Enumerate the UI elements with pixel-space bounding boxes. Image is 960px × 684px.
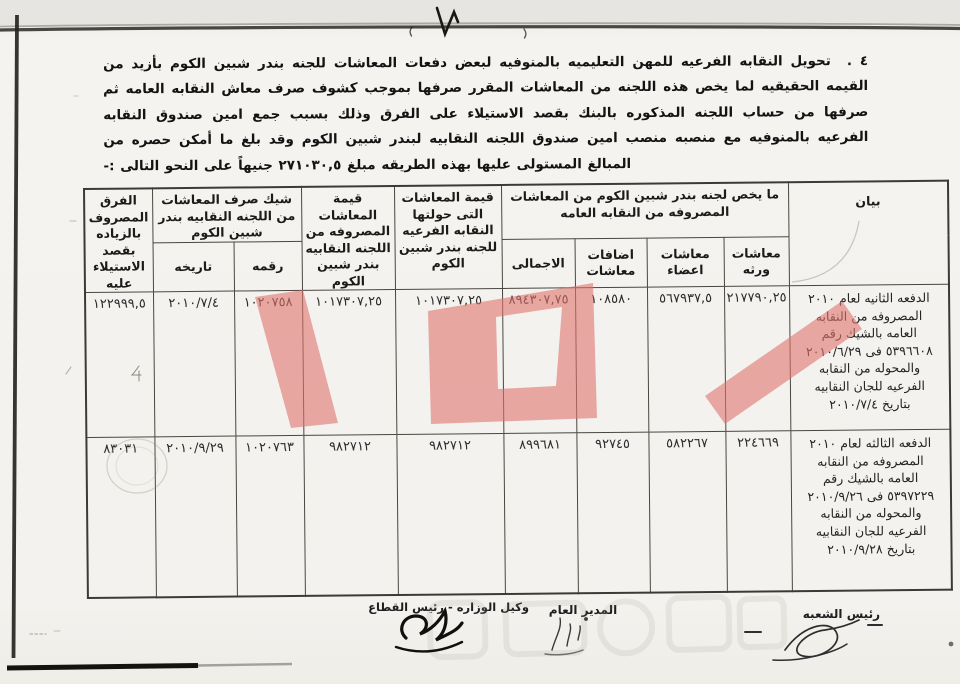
scan-line-bottom [7,664,292,668]
scan-top-margin [0,0,960,25]
header-total: الاجمالى [502,239,576,288]
item-number: ٤ . [831,53,868,69]
header-bayan: بيان [788,181,949,286]
signature-scribble-general-manager [545,618,587,655]
header-cheque-group: شيك صرف المعاشات من اللجنه النقابيه بندر… [152,187,302,243]
intro-line-3: صرفها من حساب اللجنه المذكوره بالبنك بقص… [103,100,868,129]
row1-heirs: ٢١٧٧٩٠,٢٥ [724,286,790,432]
header-heirs-pensions: معاشات ورثه [724,237,789,286]
header-transferred-value: قيمة المعاشات التى حولتها النقابه الفرعي… [394,185,502,290]
signature-scribble-division-head [745,620,882,660]
header-cheque-date: تاريخه [153,242,234,291]
intro-paragraph: ٤ .تحويل النقابه الفرعيه للمهن التعليميه… [103,49,869,179]
pensions-table: بيان ما يخص لجنه بندر شبين الكوم من المع… [83,180,953,599]
signature-title-deputy-minister: وكيل الوزاره - رئيس القطاع [391,600,529,614]
signature-title-division-head: رئيس الشعبه [806,607,880,621]
row2-paid: ٩٨٢٧١٢ [303,435,398,596]
row2-transferred: ٩٨٢٧١٢ [396,433,505,594]
row2-cheque-date: ٢٠١٠/٩/٢٩ [154,436,237,597]
header-group-general-syndicate: ما يخص لجنه بندر شبين الكوم من المعاشات … [501,182,789,240]
header-members-pensions: معاشات اعضاء [647,238,724,287]
row2-bayan: الدفعه الثالثه لعام ٢٠١٠ المصروفه من الن… [790,429,952,591]
row1-paid: ١٠١٧٣٠٧,٢٥ [302,290,396,436]
header-cheque-number: رقمه [234,242,302,291]
row2-total: ٨٩٩٦٨١ [503,433,578,594]
signature-scribble-deputy-minister [396,611,462,651]
intro-line-1-text: تحويل النقابه الفرعيه للمهن التعليميه با… [103,53,831,72]
row1-transferred: ١٠١٧٣٠٧,٢٥ [395,288,503,434]
row1-additions: ١٠٨٥٨٠ [575,287,648,433]
intro-line-2: القيمه الحقيقيه لما يخص هذه اللجنه من ال… [103,74,868,103]
row2-heirs: ٢٢٤٦٦٩ [725,431,792,592]
row1-cheque-number: ١٠٢٠٧٥٨ [234,290,303,436]
row1-cheque-date: ٢٠١٠/٧/٤ [153,291,235,437]
intro-line-5: المبالغ المستولى عليها بهذه الطريقه مبلغ… [103,151,868,180]
row1-difference: ١٢٢٩٩٩,٥ [85,292,154,438]
intro-line-1: ٤ .تحويل النقابه الفرعيه للمهن التعليميه… [103,49,868,78]
header-difference: الفرق المصروف بالزياده بقصد الاستيلاء عل… [84,188,153,292]
row1-members: ٥٦٧٩٣٧,٥ [647,286,725,432]
row2-cheque-number: ١٠٢٠٧٦٣ [235,435,305,596]
row1-total: ٨٩٤٣٠٧,٧٥ [502,288,576,434]
row2-members: ٥٨٢٢٦٧ [648,431,727,592]
intro-line-4: الفرعيه بالمنوفيه مع منصبه منصب امين صند… [103,125,868,154]
scanned-document-page: { "document": { "item_number": "٤ .", "i… [0,0,960,684]
scan-border-left [14,15,18,658]
row2-additions: ٩٢٧٤٥ [576,432,650,593]
signature-title-general-manager: المدير العام [548,603,618,617]
row2-difference: ٨٣٠٣١ [86,437,156,598]
row1-bayan: الدفعه الثانيه لعام ٢٠١٠ المصروفه من الن… [789,284,950,431]
header-pension-additions: اضافات معاشات [575,238,647,287]
header-paid-value: قيمة المعاشات المصروفه من اللجنه النقابي… [301,186,395,290]
